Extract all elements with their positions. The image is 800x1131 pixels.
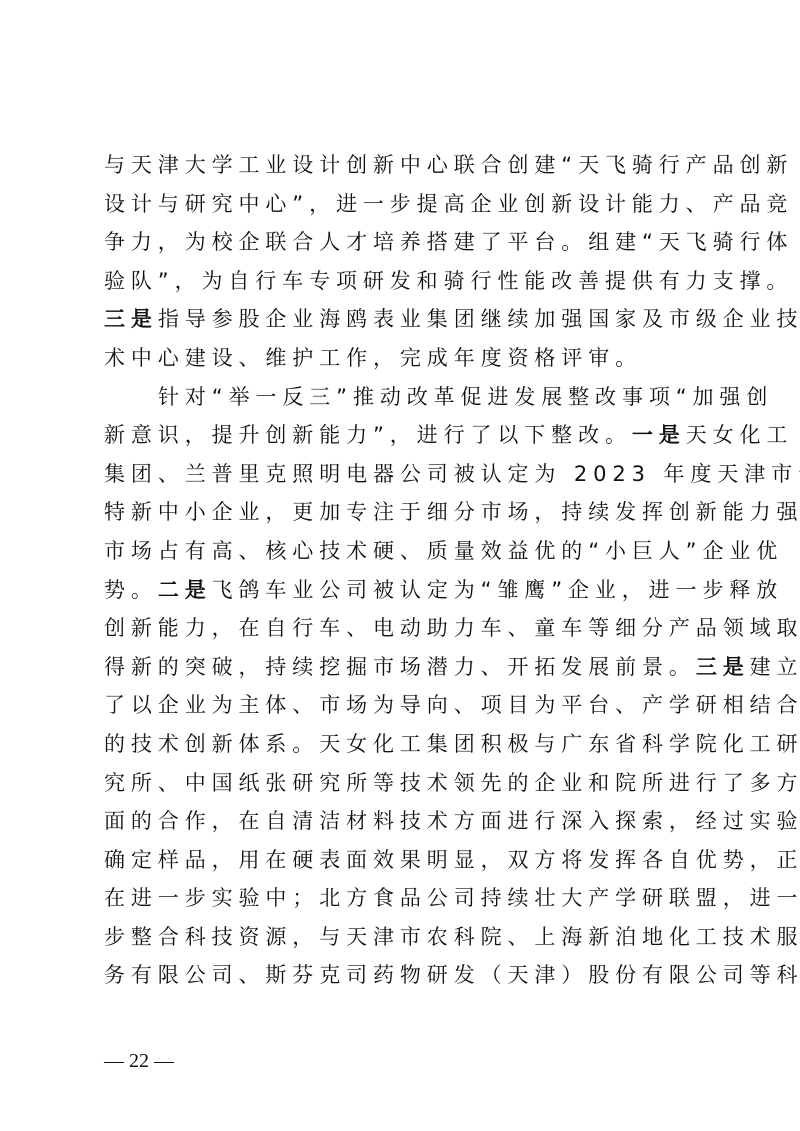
text-line: 确定样品，用在硬表面效果明显，双方将发挥各自优势，正 [104,841,704,880]
text-line: 的技术创新体系。天女化工集团积极与广东省科学院化工研 [104,725,704,764]
text-line: 争力，为校企联合人才培养搭建了平台。组建“天飞骑行体 [104,223,704,262]
text-line: 步整合科技资源，与天津市农科院、上海新泊地化工技术服 [104,918,704,957]
text-segment: 与天津大学工业设计创新中心联合创建“天飞骑行产品创新 [104,153,793,177]
text-segment: 设计与研究中心”，进一步提高企业创新设计能力、产品竞 [104,192,793,216]
text-line: 在进一步实验中；北方食品公司持续壮大产学研联盟，进一 [104,879,704,918]
text-segment: 针对“举一反三”推动改革促进发展整改事项“加强创 [158,385,773,409]
text-line: 市场占有高、核心技术硬、质量效益优的“小巨人”企业优 [104,532,704,571]
bold-marker: 三是 [696,655,750,679]
text-line: 与天津大学工业设计创新中心联合创建“天飞骑行产品创新 [104,146,704,185]
text-line: 集团、兰普里克照明电器公司被认定为 2023 年度天津市专精 [104,455,704,494]
text-segment: 特新中小企业，更加专注于细分市场，持续发挥创新能力强、 [104,500,800,524]
text-segment: 了以企业为主体、市场为导向、项目为平台、产学研相结合 [104,693,800,717]
text-segment: 指导参股企业海鸥表业集团继续加强国家及市级企业技 [158,307,800,331]
bold-marker: 二是 [158,578,212,602]
text-line: 务有限公司、斯芬克司药物研发（天津）股份有限公司等科 [104,956,704,995]
text-line: 创新能力，在自行车、电动助力车、童车等细分产品领域取 [104,609,704,648]
text-segment: 建立 [750,655,800,679]
bold-marker: 三是 [104,307,158,331]
document-page: 与天津大学工业设计创新中心联合创建“天飞骑行产品创新设计与研究中心”，进一步提高… [0,0,800,1131]
text-segment: 术中心建设、维护工作，完成年度资格评审。 [104,346,642,370]
text-line: 新意识，提升创新能力”，进行了以下整改。一是天女化工 [104,416,704,455]
body-text: 与天津大学工业设计创新中心联合创建“天飞骑行产品创新设计与研究中心”，进一步提高… [104,146,704,995]
text-line: 得新的突破，持续挖掘市场潜力、开拓发展前景。三是建立 [104,648,704,687]
text-segment: 面的合作，在自清洁材料技术方面进行深入探索，经过实验 [104,809,800,833]
text-line: 面的合作，在自清洁材料技术方面进行深入探索，经过实验 [104,802,704,841]
page-number: — 22 — [104,1050,174,1073]
text-segment: 势。 [104,578,158,602]
text-line: 究所、中国纸张研究所等技术领先的企业和院所进行了多方 [104,764,704,803]
text-segment: 务有限公司、斯芬克司药物研发（天津）股份有限公司等科 [104,963,800,987]
text-segment: 新意识，提升创新能力”，进行了以下整改。 [104,423,632,447]
text-segment: 创新能力，在自行车、电动助力车、童车等细分产品领域取 [104,616,800,640]
text-segment: 天女化工 [686,423,794,447]
text-line: 了以企业为主体、市场为导向、项目为平台、产学研相结合 [104,686,704,725]
text-line: 术中心建设、维护工作，完成年度资格评审。 [104,339,704,378]
text-segment: 的技术创新体系。天女化工集团积极与广东省科学院化工研 [104,732,800,756]
text-segment: 市场占有高、核心技术硬、质量效益优的“小巨人”企业优 [104,539,783,563]
text-segment: 飞鸽车业公司被认定为“雏鹰”企业，进一步释放 [212,578,784,602]
text-line: 势。二是飞鸽车业公司被认定为“雏鹰”企业，进一步释放 [104,571,704,610]
text-segment: 步整合科技资源，与天津市农科院、上海新泊地化工技术服 [104,925,800,949]
text-segment: 争力，为校企联合人才培养搭建了平台。组建“天飞骑行体 [104,230,793,254]
bold-marker: 一是 [632,423,686,447]
text-line: 设计与研究中心”，进一步提高企业创新设计能力、产品竞 [104,185,704,224]
text-segment: 在进一步实验中；北方食品公司持续壮大产学研联盟，进一 [104,886,800,910]
text-segment: 确定样品，用在硬表面效果明显，双方将发挥各自优势，正 [104,848,800,872]
text-line: 验队”，为自行车专项研发和骑行性能改善提供有力支撑。 [104,262,704,301]
text-line: 针对“举一反三”推动改革促进发展整改事项“加强创 [104,378,704,417]
text-line: 特新中小企业，更加专注于细分市场，持续发挥创新能力强、 [104,493,704,532]
text-segment: 验队”，为自行车专项研发和骑行性能改善提供有力支撑。 [104,269,793,293]
text-segment: 得新的突破，持续挖掘市场潜力、开拓发展前景。 [104,655,696,679]
text-segment: 究所、中国纸张研究所等技术领先的企业和院所进行了多方 [104,771,800,795]
text-segment: 集团、兰普里克照明电器公司被认定为 2023 年度天津市专精 [104,462,800,486]
text-line: 三是指导参股企业海鸥表业集团继续加强国家及市级企业技 [104,300,704,339]
